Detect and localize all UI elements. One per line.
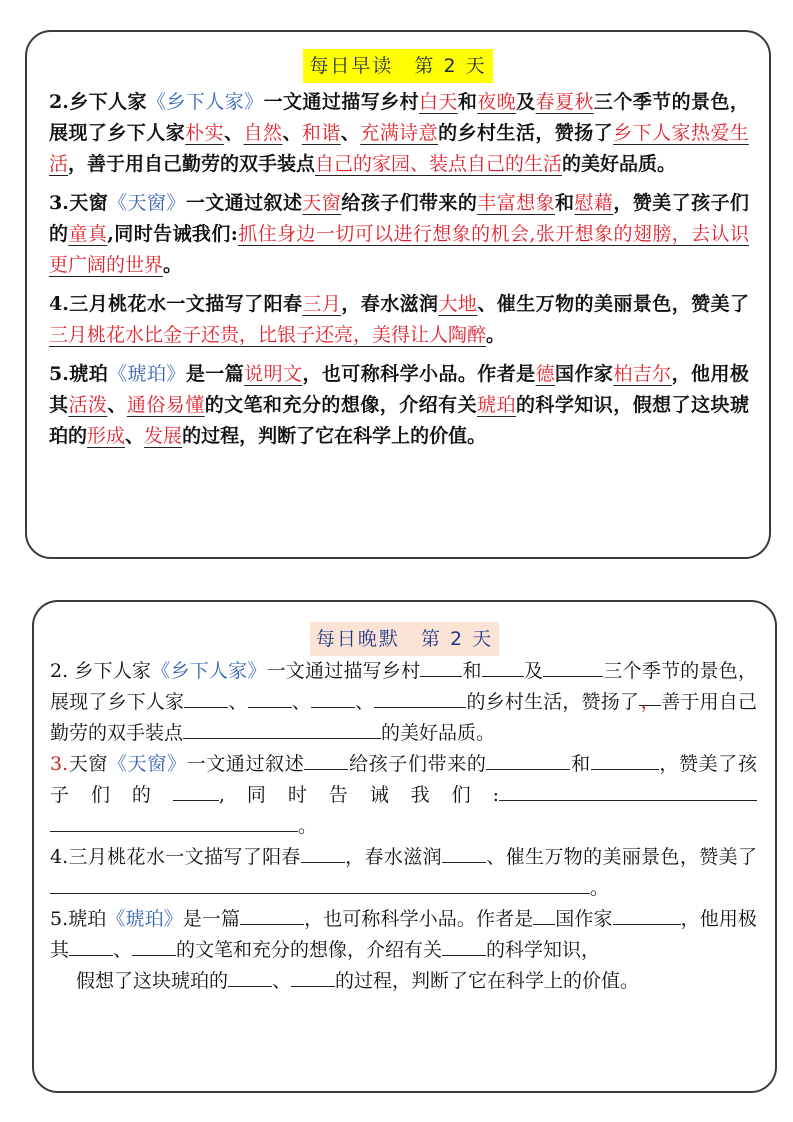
body-text: 国作家: [555, 908, 612, 930]
question-paragraph: 2. 乡下人家《乡下人家》一文通过描写乡村和及三个季节的景色，展现了乡下人家、、…: [50, 656, 757, 749]
body-text: 及: [516, 91, 535, 113]
body-text: 、催生万物的美丽景色，赞美了: [477, 293, 749, 315]
question-paragraph: 5.琥珀《琥珀》是一篇说明文，也可称科学小品。作者是德国作家柏吉尔，他用极其活泼…: [49, 359, 749, 452]
body-text: 是一篇: [183, 908, 240, 930]
fill-in-blank[interactable]: [183, 720, 381, 739]
body-text: 、催生万物的美丽景色，赞美了: [486, 846, 757, 868]
answer-text: 丰富想象: [477, 192, 555, 214]
body-text: 国作家: [555, 363, 613, 385]
answer-text: 大地: [439, 293, 478, 315]
body-text: 5.琥珀: [50, 908, 106, 930]
fill-in-blank[interactable]: [228, 968, 272, 987]
question-paragraph: 3.天窗《天窗》一文通过叙述给孩子们带来的和，赞美了孩子们的,同时告诫我们:。: [50, 749, 757, 842]
body-text: 的乡村生活，赞扬了: [438, 122, 613, 144]
body-text: 和: [570, 753, 590, 775]
fill-in-blank[interactable]: [543, 658, 603, 677]
fill-in-blank[interactable]: [50, 875, 590, 894]
book-title: 《琥珀》: [108, 363, 186, 385]
answer-text: 柏吉尔: [613, 363, 671, 385]
body-text: 、: [282, 122, 301, 144]
body-text: 和: [555, 192, 574, 214]
answer-text: 春夏秋: [536, 91, 594, 113]
body-text: ，善于用自己勤劳的双手装点: [68, 153, 315, 175]
question-paragraph: 假想了这块琥珀的、的过程，判断了它在科学上的价值。: [50, 966, 757, 997]
body-text: 的文笔和充分的想像，介绍有关: [205, 394, 477, 416]
answer-text: 白天: [419, 91, 458, 113]
fill-in-blank[interactable]: [248, 689, 292, 708]
fill-in-blank[interactable]: [69, 937, 113, 956]
body-text: 5.琥珀: [49, 363, 108, 385]
answer-text: 自己的家园、装点自己的生活: [315, 153, 562, 175]
fill-in-blank[interactable]: [533, 906, 555, 925]
evening-dictation-card: 每日晚默 第 2 天 2. 乡下人家《乡下人家》一文通过描写乡村和及三个季节的景…: [32, 600, 777, 1093]
body-text: 一文通过描写乡村: [264, 91, 419, 113]
answer-text: 童真: [68, 223, 107, 245]
body-text: 和: [462, 660, 481, 682]
body-text: 的过程，判断了它在科学上的价值。: [335, 970, 639, 992]
answer-text: 充满诗意: [360, 122, 438, 144]
fill-in-blank[interactable]: [184, 689, 228, 708]
fill-in-blank[interactable]: [499, 782, 757, 801]
body-text: 、: [107, 394, 126, 416]
answer-text: 朴实: [185, 122, 224, 144]
answer-text: 天窗: [302, 192, 341, 214]
evening-body: 2. 乡下人家《乡下人家》一文通过描写乡村和及三个季节的景色，展现了乡下人家、、…: [34, 656, 775, 997]
book-title: 《乡下人家》: [147, 91, 264, 113]
body-text: 2.乡下人家: [49, 91, 147, 113]
body-text: 。: [298, 815, 317, 837]
answer-text: 形成: [87, 425, 125, 447]
body-text: ，也可称科学小品。作者是: [302, 363, 535, 385]
fill-in-blank[interactable]: [613, 906, 681, 925]
fill-in-blank[interactable]: [50, 813, 298, 832]
question-paragraph: 4.三月桃花水一文描写了阳春三月，春水滋润大地、催生万物的美丽景色，赞美了三月桃…: [49, 289, 749, 351]
body-text: 一文通过描写乡村: [267, 660, 421, 682]
body-text: 、: [355, 691, 374, 713]
fill-in-blank[interactable]: [311, 689, 355, 708]
book-title: 《天窗》: [108, 753, 187, 775]
body-text: 、: [272, 970, 291, 992]
book-title: 《天窗》: [108, 192, 186, 214]
body-text: ,同时告诫我们:: [107, 223, 238, 245]
body-text: 给孩子们带来的: [348, 753, 486, 775]
answer-text: 活泼: [68, 394, 107, 416]
answer-text: 夜晚: [477, 91, 516, 113]
body-text: 给孩子们带来的: [341, 192, 477, 214]
body-text: 假想了这块琥珀的: [76, 970, 228, 992]
body-text: 4.三月桃花水一文描写了阳春: [49, 293, 302, 315]
fill-in-blank[interactable]: [482, 658, 524, 677]
body-text: 3.: [50, 753, 68, 775]
body-text: 、: [125, 425, 144, 447]
fill-in-blank[interactable]: [420, 658, 462, 677]
fill-in-blank[interactable]: [442, 844, 486, 863]
body-text: 的美好品质。: [562, 153, 676, 175]
answer-text: 发展: [144, 425, 182, 447]
body-text: 。: [590, 877, 609, 899]
fill-in-blank[interactable]: [173, 782, 219, 801]
fill-in-blank[interactable]: [486, 751, 570, 770]
fill-in-blank[interactable]: [132, 937, 176, 956]
fill-in-blank[interactable]: [442, 937, 486, 956]
body-text: 的文笔和充分的想像，介绍有关: [176, 939, 442, 961]
answer-text: 三月桃花水比金子还贵，比银子还亮，美得让人陶醉: [49, 324, 486, 346]
book-title: 《乡下人家》: [151, 660, 266, 682]
answer-text: 通俗易懂: [127, 394, 205, 416]
question-paragraph: 3.天窗《天窗》一文通过叙述天窗给孩子们带来的丰富想象和慰藉，赞美了孩子们的童真…: [49, 188, 749, 281]
question-paragraph: 2.乡下人家《乡下人家》一文通过描写乡村白天和夜晚及春夏秋三个季节的景色，展现了…: [49, 87, 749, 180]
body-text: 及: [524, 660, 543, 682]
morning-title: 每日早读 第 2 天: [303, 49, 492, 83]
answer-text: 琥珀: [477, 394, 516, 416]
body-text: 一文通过叙述: [187, 753, 305, 775]
evening-title: 每日晚默 第 2 天: [310, 622, 499, 656]
body-text: 的美好品质。: [381, 722, 495, 744]
fill-in-blank[interactable]: [291, 968, 335, 987]
body-text: 一文通过叙述: [186, 192, 303, 214]
book-title: 《琥珀》: [106, 908, 182, 930]
body-text: 和: [458, 91, 477, 113]
body-text: 。: [163, 254, 182, 276]
answer-text: 自然: [244, 122, 283, 144]
morning-reading-card: 每日早读 第 2 天 2.乡下人家《乡下人家》一文通过描写乡村白天和夜晚及春夏秋…: [25, 30, 771, 559]
body-text: ，春水滋润: [341, 293, 438, 315]
answer-text: 三月: [302, 293, 341, 315]
question-paragraph: 5.琥珀《琥珀》是一篇，也可称科学小品。作者是国作家，他用极其、的文笔和充分的想…: [50, 904, 757, 966]
body-text: 天窗: [68, 753, 108, 775]
body-text: ，也可称科学小品。作者是: [304, 908, 533, 930]
body-text: 的科学知识，: [486, 939, 600, 961]
morning-body: 2.乡下人家《乡下人家》一文通过描写乡村白天和夜晚及春夏秋三个季节的景色，展现了…: [27, 87, 769, 452]
body-text: 2. 乡下人家: [50, 660, 151, 682]
body-text: 4.三月桃花水一文描写了阳春: [50, 846, 301, 868]
question-paragraph: 4.三月桃花水一文描写了阳春，春水滋润、催生万物的美丽景色，赞美了。: [50, 842, 757, 904]
fill-in-blank[interactable]: ，: [639, 687, 661, 706]
body-text: 是一篇: [186, 363, 244, 385]
body-text: 、: [113, 939, 132, 961]
fill-in-blank[interactable]: [591, 751, 659, 770]
body-text: 、: [292, 691, 311, 713]
body-text: 3.天窗: [49, 192, 108, 214]
answer-text: 和谐: [302, 122, 341, 144]
body-text: 的过程，判断了它在科学上的价值。: [182, 425, 486, 447]
answer-text: 德: [536, 363, 555, 385]
fill-in-blank[interactable]: [304, 751, 348, 770]
fill-in-blank[interactable]: [240, 906, 304, 925]
fill-in-blank[interactable]: [374, 689, 466, 708]
body-text: 、: [224, 122, 243, 144]
body-text: 、: [341, 122, 360, 144]
answer-text: 说明文: [244, 363, 302, 385]
answer-text: 慰藉: [574, 192, 613, 214]
body-text: 。: [486, 324, 505, 346]
body-text: ,同时告诫我们:: [219, 784, 499, 806]
body-text: 的乡村生活，赞扬了: [466, 691, 639, 713]
body-text: ，春水滋润: [345, 846, 442, 868]
body-text: 、: [228, 691, 247, 713]
fill-in-blank[interactable]: [301, 844, 345, 863]
